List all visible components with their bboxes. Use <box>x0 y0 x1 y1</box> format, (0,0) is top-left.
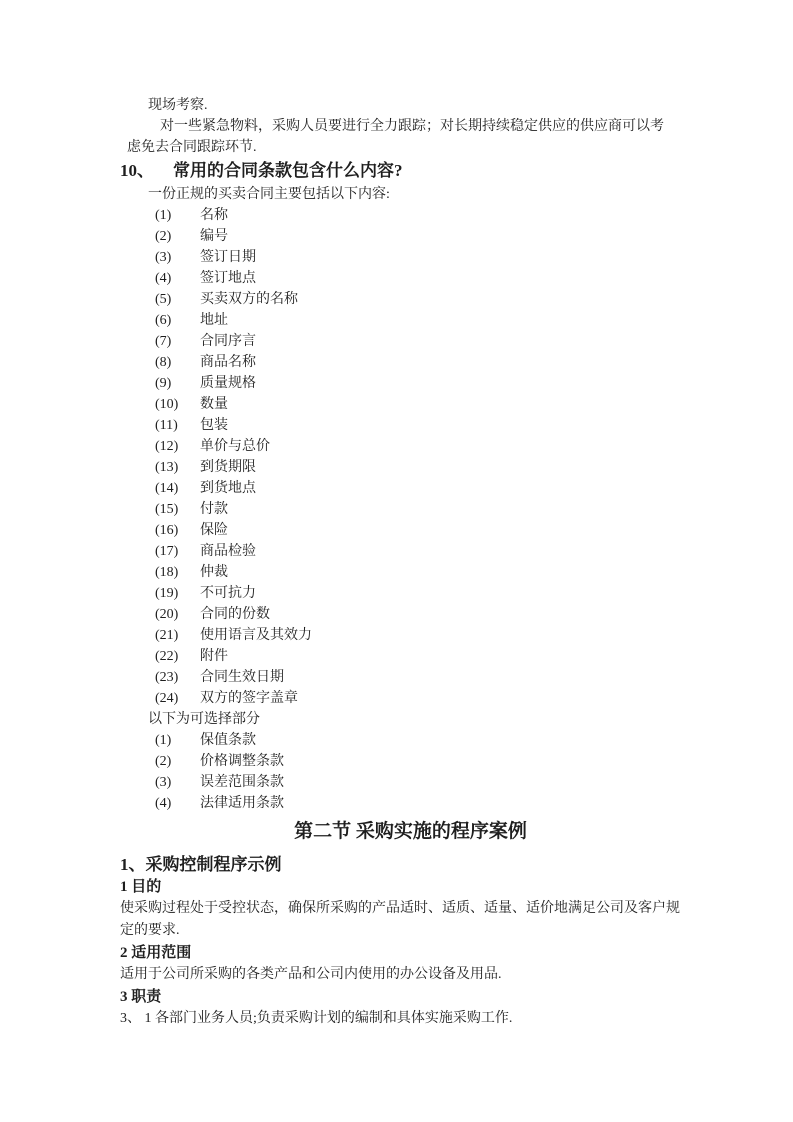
list-item: (4)法律适用条款 <box>120 793 673 814</box>
list-item: (22)附件 <box>120 646 673 667</box>
list-item-number: (4) <box>155 793 200 814</box>
list-item-number: (19) <box>155 583 200 604</box>
list-item-text: 包装 <box>200 418 228 433</box>
list-item: (23)合同生效日期 <box>120 667 673 688</box>
list-item-number: (17) <box>155 541 200 562</box>
list-item: (1)名称 <box>120 205 673 226</box>
list-item-number: (20) <box>155 604 200 625</box>
list-item-text: 质量规格 <box>200 376 256 391</box>
list-item-number: (5) <box>155 289 200 310</box>
list-item-text: 单价与总价 <box>200 439 270 454</box>
list-item: (13)到货期限 <box>120 457 673 478</box>
subsection-heading: 1、采购控制程序示例 <box>120 853 673 876</box>
list-item: (3)签订日期 <box>120 247 673 268</box>
body-line: 使采购过程处于受控状态，确保所采购的产品适时、适质、适量、适价地满足公司及客户规 <box>120 898 673 920</box>
list-item-text: 商品检验 <box>200 544 256 559</box>
list-item: (18)仲裁 <box>120 562 673 583</box>
list-item: (3)误差范围条款 <box>120 772 673 793</box>
list-item-text: 到货地点 <box>200 481 256 496</box>
list-item-text: 附件 <box>200 649 228 664</box>
list-item-text: 保值条款 <box>200 733 256 748</box>
question-number: 10、 <box>120 158 173 184</box>
list-item: (4)签订地点 <box>120 268 673 289</box>
list-item-number: (6) <box>155 310 200 331</box>
list-item-text: 合同的份数 <box>200 607 270 622</box>
block-heading: 2 适用范围 <box>120 942 673 964</box>
list-item-number: (3) <box>155 247 200 268</box>
block-heading: 3 职责 <box>120 986 673 1008</box>
list-item-text: 法律适用条款 <box>200 796 284 811</box>
list-item-number: (4) <box>155 268 200 289</box>
list-item: (9)质量规格 <box>120 373 673 394</box>
list-item-number: (7) <box>155 331 200 352</box>
list-item-text: 买卖双方的名称 <box>200 292 298 307</box>
body-line: 3、 1 各部门业务人员;负责采购计划的编制和具体实施采购工作. <box>120 1008 673 1030</box>
document-page: 现场考察. 对一些紧急物料，采购人员要进行全力跟踪；对长期持续稳定供应的供应商可… <box>0 0 793 1122</box>
list-item-text: 地址 <box>200 313 228 328</box>
list-item: (21)使用语言及其效力 <box>120 625 673 646</box>
list-item-text: 商品名称 <box>200 355 256 370</box>
list-item-number: (14) <box>155 478 200 499</box>
list-item: (1)保值条款 <box>120 730 673 751</box>
list-item-number: (13) <box>155 457 200 478</box>
list-item-text: 数量 <box>200 397 228 412</box>
list-item-number: (15) <box>155 499 200 520</box>
list-item: (2)编号 <box>120 226 673 247</box>
list-item-text: 保险 <box>200 523 228 538</box>
paragraph-line: 现场考察. <box>120 95 673 116</box>
list-item: (7)合同序言 <box>120 331 673 352</box>
section-heading: 第二节 采购实施的程序案例 <box>120 818 673 845</box>
list-item-text: 签订日期 <box>200 250 256 265</box>
paragraph-line: 虑免去合同跟踪环节. <box>120 137 673 158</box>
list-item: (20)合同的份数 <box>120 604 673 625</box>
list-item-text: 编号 <box>200 229 228 244</box>
block-heading: 1 目的 <box>120 876 673 898</box>
list-item-number: (2) <box>155 751 200 772</box>
list-item: (19)不可抗力 <box>120 583 673 604</box>
list-intro: 一份正规的买卖合同主要包括以下内容: <box>120 184 673 205</box>
list-item: (17)商品检验 <box>120 541 673 562</box>
list-item-text: 仲裁 <box>200 565 228 580</box>
list-item-number: (23) <box>155 667 200 688</box>
question-text: 常用的合同条款包含什么内容? <box>173 161 403 180</box>
question-heading: 10、常用的合同条款包含什么内容? <box>120 158 673 184</box>
list-item-text: 不可抗力 <box>200 586 256 601</box>
list-item: (10)数量 <box>120 394 673 415</box>
document-content: 现场考察. 对一些紧急物料，采购人员要进行全力跟踪；对长期持续稳定供应的供应商可… <box>120 95 673 1030</box>
list-item: (15)付款 <box>120 499 673 520</box>
list-item-text: 付款 <box>200 502 228 517</box>
list-item-number: (2) <box>155 226 200 247</box>
list-item: (16)保险 <box>120 520 673 541</box>
body-line: 适用于公司所采购的各类产品和公司内使用的办公设备及用品. <box>120 964 673 986</box>
list-item-number: (8) <box>155 352 200 373</box>
list-item-number: (12) <box>155 436 200 457</box>
list-item-text: 合同生效日期 <box>200 670 284 685</box>
list-item-text: 到货期限 <box>200 460 256 475</box>
list-item-number: (9) <box>155 373 200 394</box>
list-item-text: 双方的签字盖章 <box>200 691 298 706</box>
list-item: (24)双方的签字盖章 <box>120 688 673 709</box>
list-item-text: 名称 <box>200 208 228 223</box>
list-item-text: 误差范围条款 <box>200 775 284 790</box>
list-item: (14)到货地点 <box>120 478 673 499</box>
list-item-number: (21) <box>155 625 200 646</box>
body-line: 定的要求. <box>120 920 673 942</box>
list-item-number: (1) <box>155 730 200 751</box>
list-item-number: (3) <box>155 772 200 793</box>
list-item: (2)价格调整条款 <box>120 751 673 772</box>
list-item-text: 价格调整条款 <box>200 754 284 769</box>
list-item: (11)包装 <box>120 415 673 436</box>
list-item-number: (22) <box>155 646 200 667</box>
list-item: (6)地址 <box>120 310 673 331</box>
paragraph-line: 对一些紧急物料，采购人员要进行全力跟踪；对长期持续稳定供应的供应商可以考 <box>120 116 673 137</box>
list-item-number: (18) <box>155 562 200 583</box>
list-item: (12)单价与总价 <box>120 436 673 457</box>
optional-intro: 以下为可选择部分 <box>120 709 673 730</box>
list-item-number: (24) <box>155 688 200 709</box>
list-item-text: 合同序言 <box>200 334 256 349</box>
list-item-text: 签订地点 <box>200 271 256 286</box>
list-item-text: 使用语言及其效力 <box>200 628 312 643</box>
list-item: (8)商品名称 <box>120 352 673 373</box>
list-item-number: (11) <box>155 415 200 436</box>
list-item-number: (10) <box>155 394 200 415</box>
list-item: (5)买卖双方的名称 <box>120 289 673 310</box>
list-item-number: (1) <box>155 205 200 226</box>
list-item-number: (16) <box>155 520 200 541</box>
